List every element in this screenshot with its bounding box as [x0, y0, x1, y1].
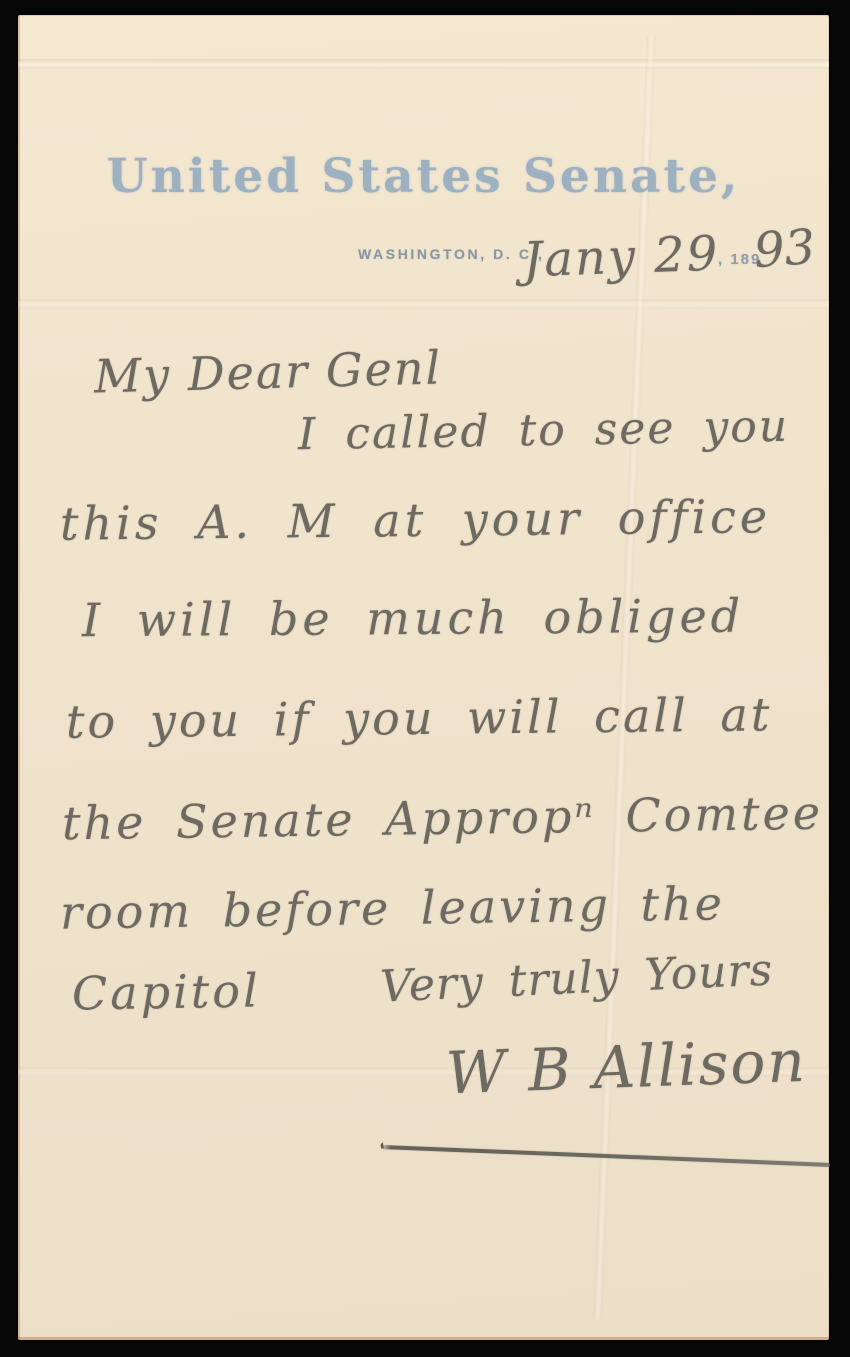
letterhead-title: United States Senate, [18, 149, 829, 204]
handwritten-year-suffix: 93 [752, 219, 817, 279]
letter-line: room before leaving the [60, 876, 726, 939]
letter-line: Capitol [72, 963, 262, 1020]
letter-paper: United States Senate, WASHINGTON, D. C.,… [18, 15, 829, 1340]
handwritten-date-day: Jany 29 [522, 226, 720, 289]
letter-line: to you if you will call at [66, 687, 773, 748]
closing-phrase: Very truly Yours [379, 944, 774, 1012]
letter-line: this A. M at your office [60, 489, 772, 550]
letter-line: the Senate Appropⁿ Comtee [62, 786, 824, 851]
letter-line: I will be much obliged [82, 589, 745, 648]
fold-crease-top [18, 59, 829, 69]
signature: W B Allison [445, 1027, 808, 1108]
fold-crease-upper [18, 299, 829, 309]
photo-stage: United States Senate, WASHINGTON, D. C.,… [0, 0, 850, 1357]
signature-underline [382, 1145, 830, 1167]
salutation: My Dear Genl [93, 340, 442, 403]
letterhead-place-line: WASHINGTON, D. C., [358, 246, 545, 262]
letter-line: I called to see you [298, 401, 790, 461]
